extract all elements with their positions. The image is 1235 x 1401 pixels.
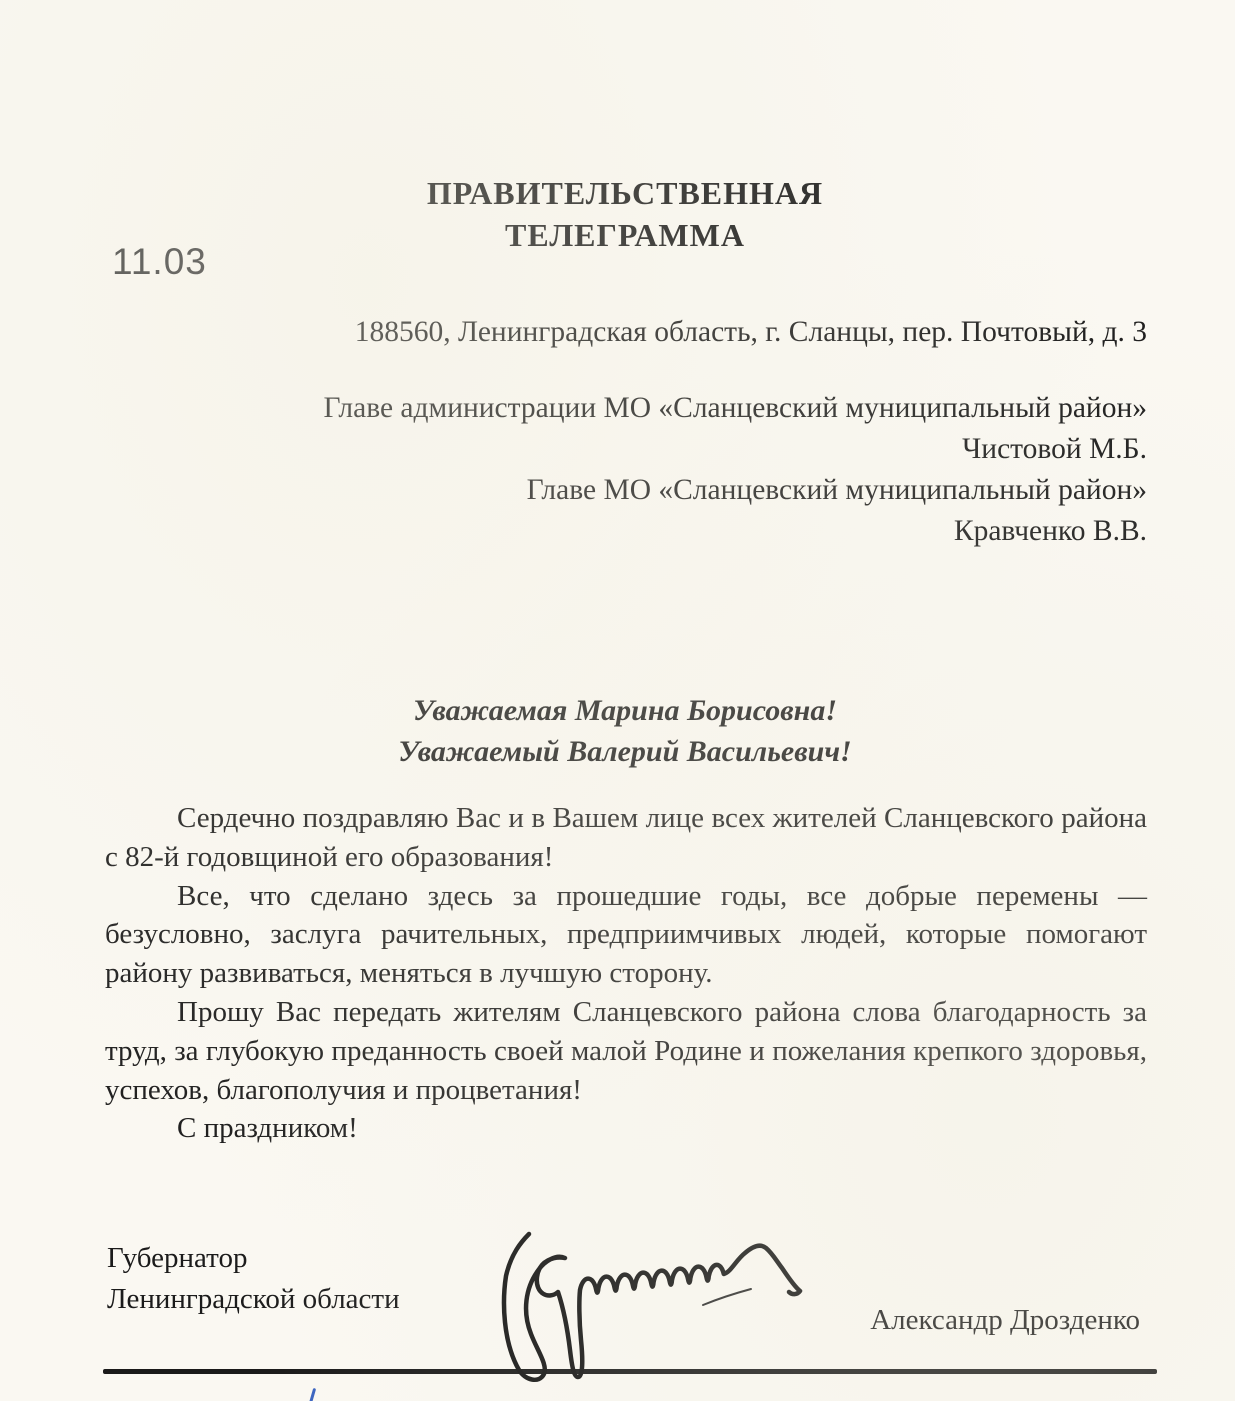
- document-title: ПРАВИТЕЛЬСТВЕННАЯ ТЕЛЕГРАММА: [105, 172, 1145, 256]
- telegram-page: ПРАВИТЕЛЬСТВЕННАЯ ТЕЛЕГРАММА 11.03 18856…: [0, 0, 1235, 1401]
- recipients-block: Главе администрации МО «Сланцевский муни…: [147, 388, 1147, 552]
- postal-address-line: 188560, Ленинградская область, г. Сланцы…: [147, 314, 1147, 350]
- title-line-2: ТЕЛЕГРАММА: [105, 214, 1145, 256]
- recipient-line: Кравченко В.В.: [147, 511, 1147, 552]
- recipient-line: Чистовой М.Б.: [147, 429, 1147, 470]
- body-paragraph: Прошу Вас передать жителям Сланцевского …: [105, 993, 1147, 1109]
- salutation-line-1: Уважаемая Марина Борисовна!: [105, 690, 1145, 731]
- handwritten-signature: [475, 1210, 825, 1400]
- title-line-1: ПРАВИТЕЛЬСТВЕННАЯ: [105, 172, 1145, 214]
- signer-position-line-2: Ленинградской области: [107, 1279, 400, 1320]
- blue-pen-mark: [309, 1388, 316, 1401]
- salutation-block: Уважаемая Марина Борисовна! Уважаемый Ва…: [105, 690, 1145, 772]
- body-paragraph: С праздником!: [105, 1109, 1147, 1148]
- recipient-line: Главе администрации МО «Сланцевский муни…: [147, 388, 1147, 429]
- body-paragraph: Все, что сделано здесь за прошедшие годы…: [105, 877, 1147, 993]
- signer-name: Александр Дрозденко: [870, 1303, 1140, 1337]
- body-text: Сердечно поздравляю Вас и в Вашем лице в…: [105, 799, 1147, 1148]
- recipient-line: Главе МО «Сланцевский муниципальный райо…: [147, 470, 1147, 511]
- salutation-line-2: Уважаемый Валерий Васильевич!: [105, 731, 1145, 772]
- date-stamp: 11.03: [112, 242, 207, 282]
- signer-position-line-1: Губернатор: [107, 1238, 400, 1279]
- body-paragraph: Сердечно поздравляю Вас и в Вашем лице в…: [105, 799, 1147, 877]
- signer-position-block: Губернатор Ленинградской области: [107, 1238, 400, 1320]
